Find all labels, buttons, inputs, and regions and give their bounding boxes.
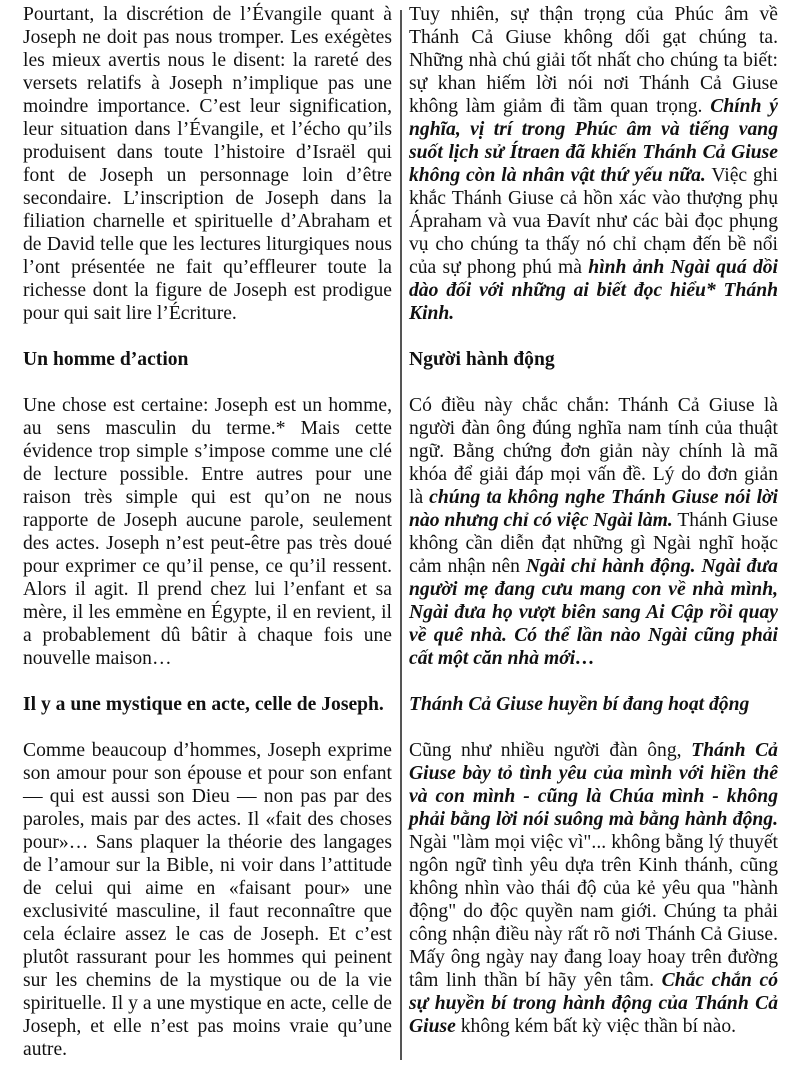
french-paragraph-3: Comme beaucoup d’hommes, Joseph exprime … (23, 739, 392, 1061)
vietnamese-paragraph-1: Tuy nhiên, sự thận trọng của Phúc âm về … (409, 3, 778, 325)
paragraph-spacer (23, 716, 392, 739)
paragraph-spacer (409, 325, 778, 348)
french-paragraph-1: Pourtant, la discrétion de l’Évangile qu… (23, 3, 392, 325)
text-run: Ngài "làm mọi việc vì"... không bằng lý … (409, 832, 778, 991)
paragraph-spacer (23, 670, 392, 693)
bilingual-document-page: Pourtant, la discrétion de l’Évangile qu… (0, 0, 800, 1074)
french-paragraph-2: Une chose est certaine: Joseph est un ho… (23, 394, 392, 670)
vietnamese-paragraph-3: Cũng như nhiều người đàn ông, Thánh Cả G… (409, 739, 778, 1038)
column-divider (400, 10, 402, 1060)
french-heading-2: Il y a une mystique en acte, celle de Jo… (23, 693, 392, 716)
paragraph-spacer (409, 371, 778, 394)
paragraph-spacer (409, 716, 778, 739)
vietnamese-heading-1: Người hành động (409, 348, 778, 371)
paragraph-spacer (23, 371, 392, 394)
french-heading-1: Un homme d’action (23, 348, 392, 371)
french-column: Pourtant, la discrétion de l’Évangile qu… (23, 3, 392, 1061)
paragraph-spacer (23, 325, 392, 348)
vietnamese-heading-2: Thánh Cả Giuse huyền bí đang hoạt động (409, 693, 778, 716)
vietnamese-column: Tuy nhiên, sự thận trọng của Phúc âm về … (409, 3, 778, 1038)
paragraph-spacer (409, 670, 778, 693)
text-run: không kém bất kỳ việc thần bí nào. (456, 1016, 736, 1037)
text-run: Cũng như nhiều người đàn ông, (409, 740, 691, 761)
vietnamese-paragraph-2: Có điều này chắc chắn: Thánh Cả Giuse là… (409, 394, 778, 670)
